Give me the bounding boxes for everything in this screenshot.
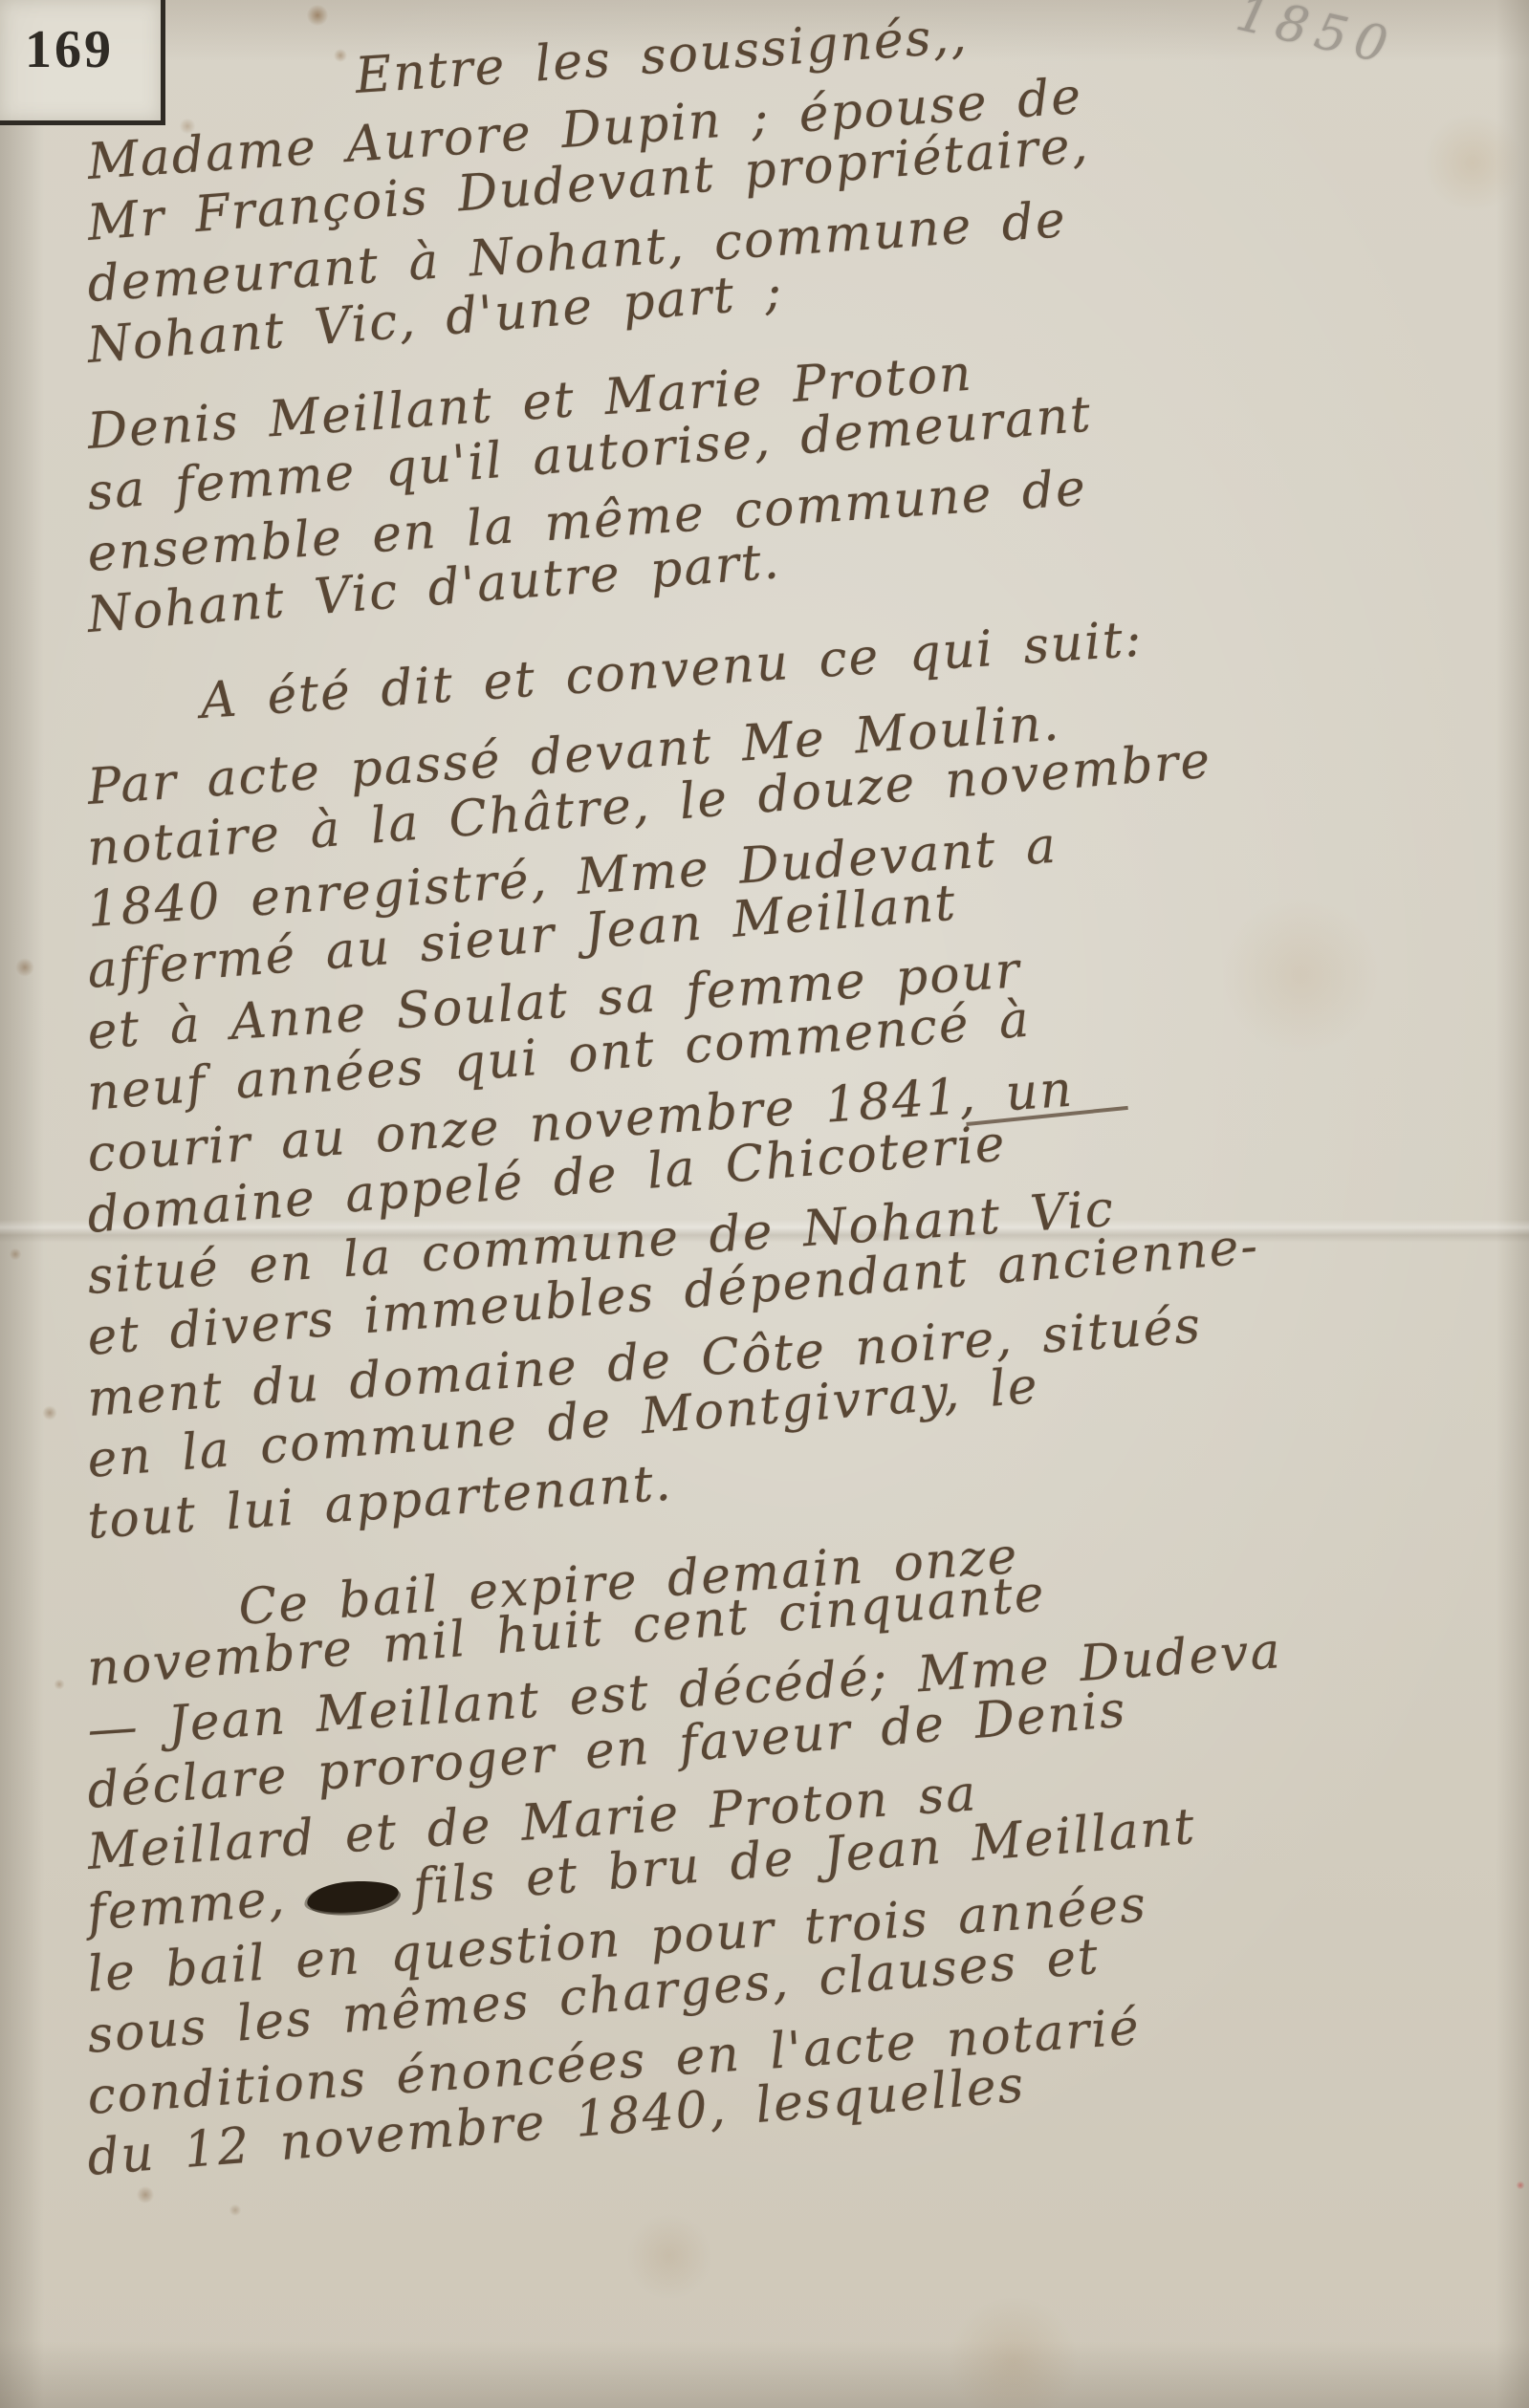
paragraph: Par acte passé devant Me Moulin. notaire…	[88, 757, 1529, 1552]
paragraph: Ce bail expire demain onze novembre mil …	[88, 1577, 1529, 2189]
manuscript-text: Entre les soussignés,, Madame Aurore Dup…	[88, 46, 1529, 2214]
manuscript-page-scan: 169 1850 Entre les soussignés,, Madame A…	[0, 0, 1529, 2408]
ink-blot	[306, 1877, 400, 1915]
line-text-before-blot: femme,	[85, 1870, 288, 1942]
